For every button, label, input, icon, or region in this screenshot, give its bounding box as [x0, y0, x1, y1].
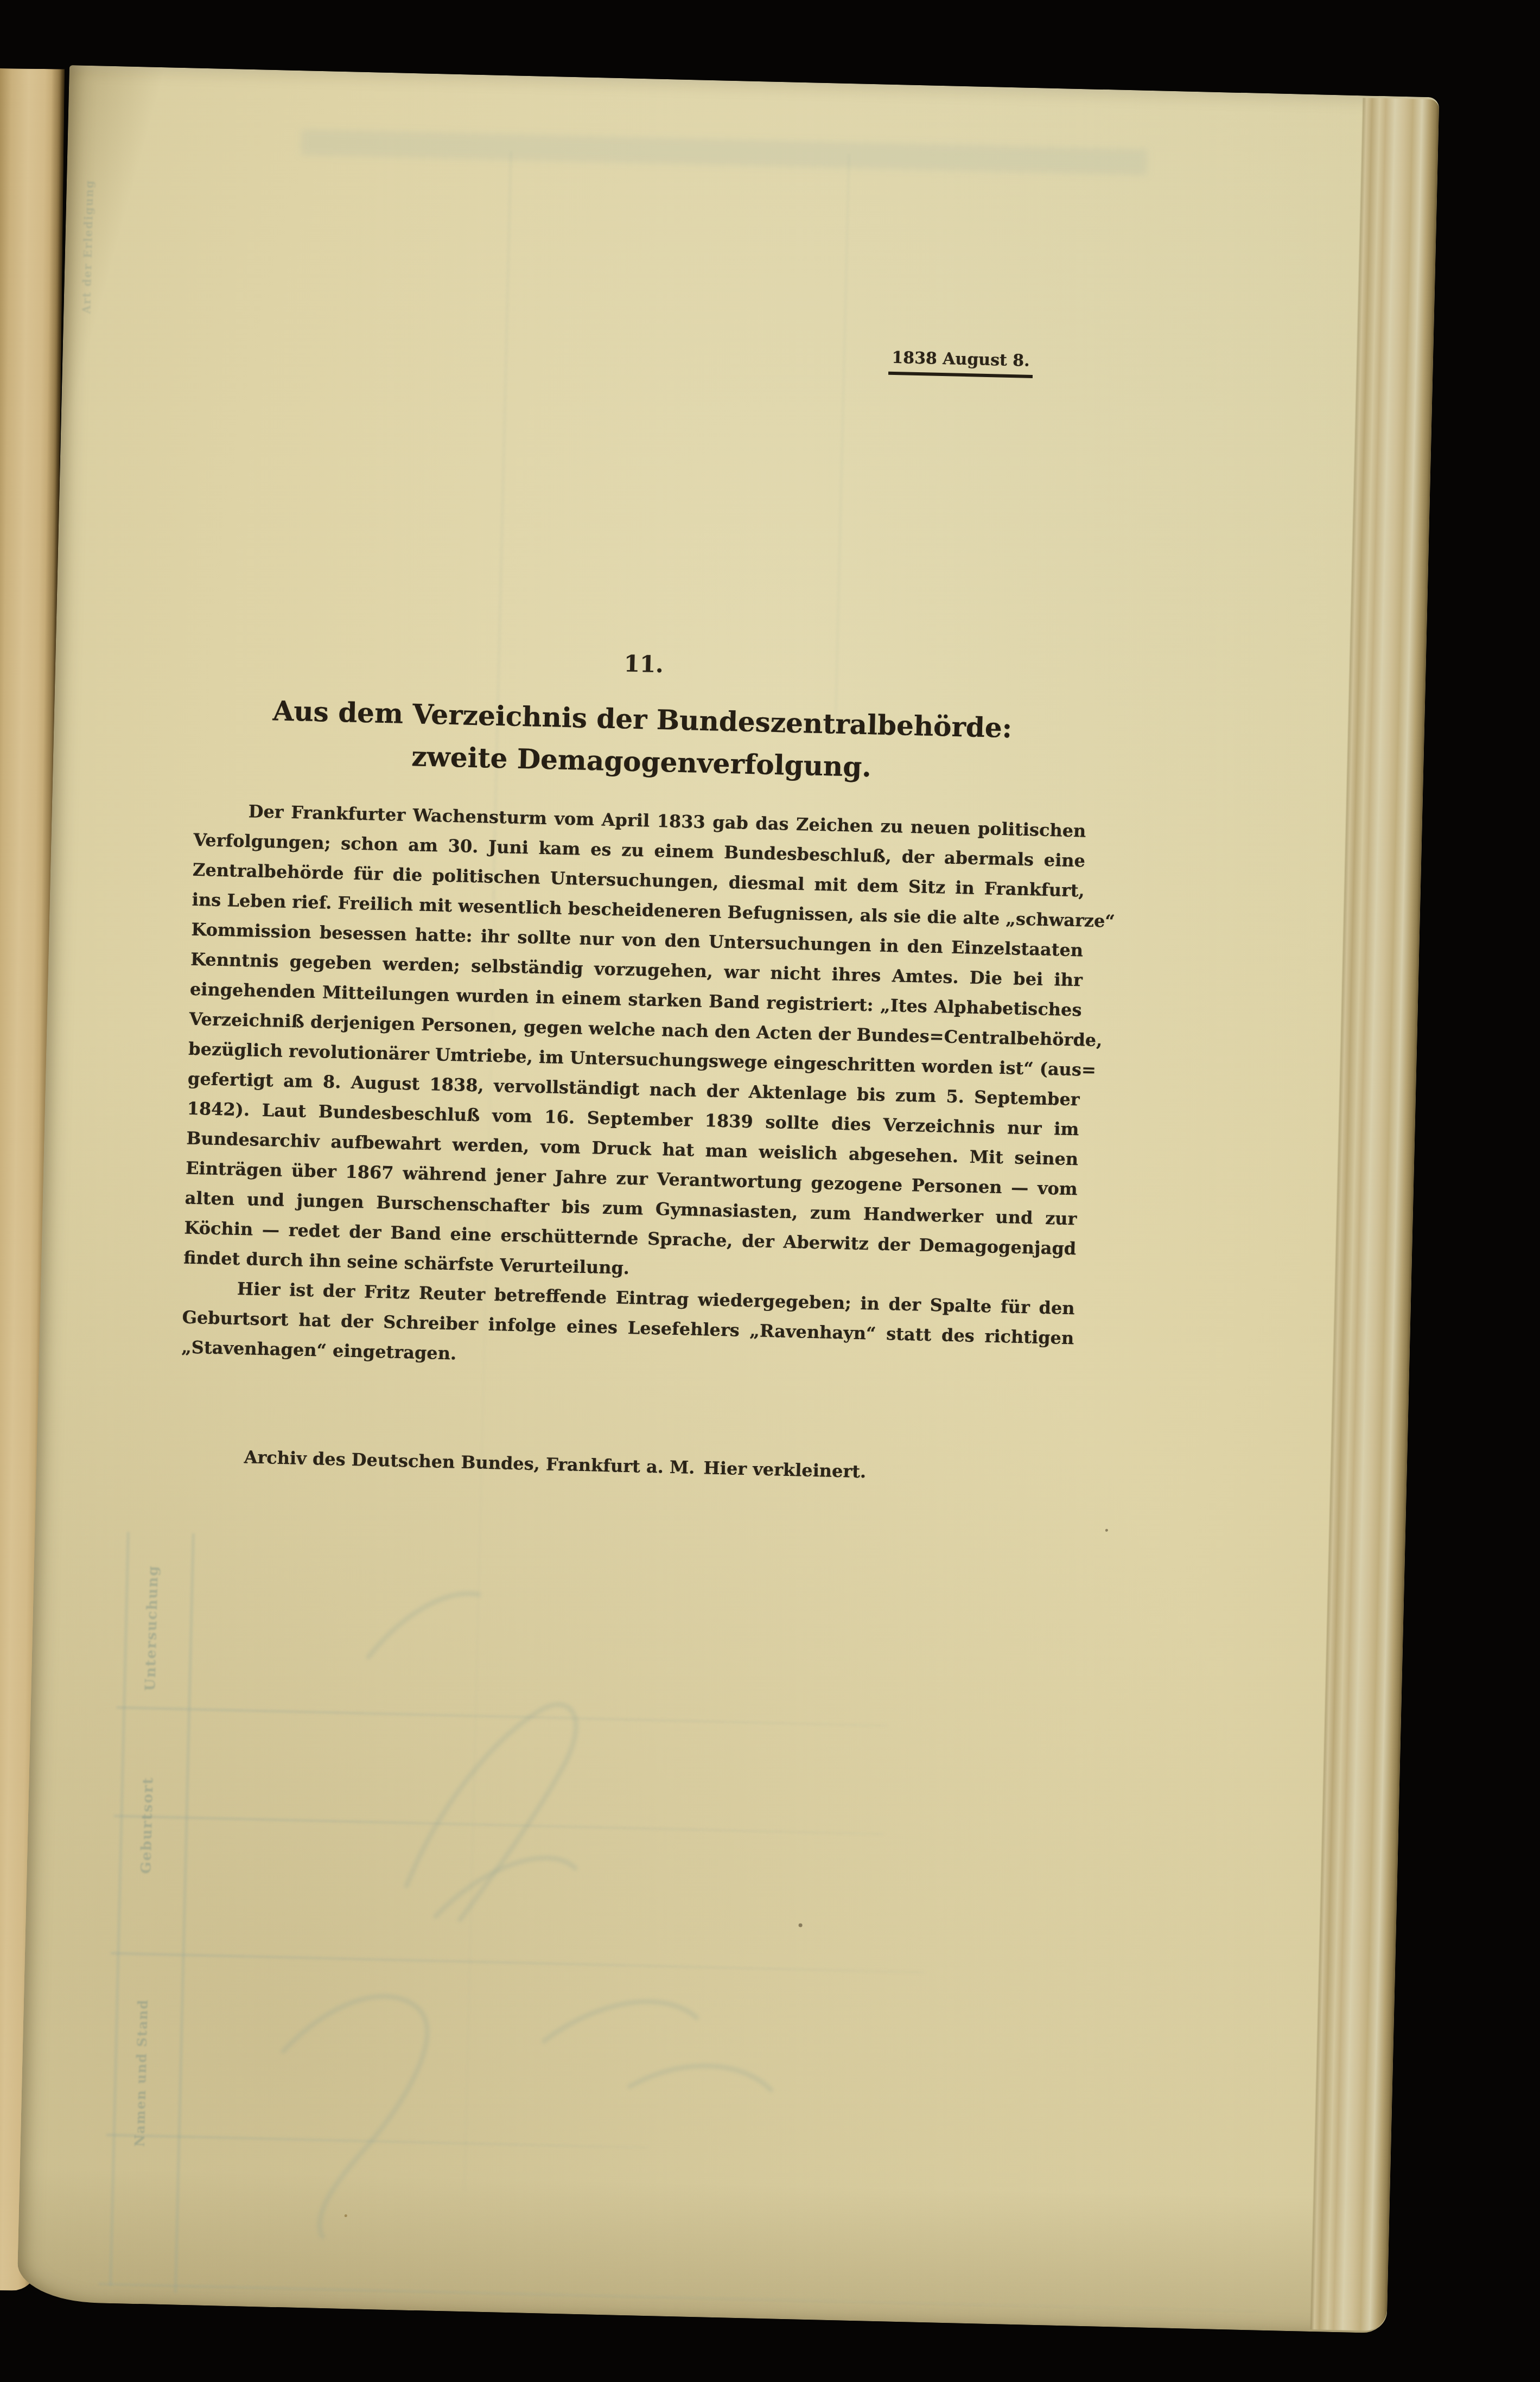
- ghost-column-label: Untersuchung: [142, 1565, 161, 1691]
- book-page: Untersuchung Geburtsort Namen und Stand …: [17, 65, 1439, 2333]
- source-note: Archiv des Deutschen Bundes, Frankfurt a…: [244, 1447, 866, 1482]
- header-date: 1838 August 8.: [888, 348, 1033, 378]
- ghost-column-label: Art der Erledigung: [80, 180, 96, 314]
- scanned-book-photo: Untersuchung Geburtsort Namen und Stand …: [0, 0, 1540, 2382]
- section-title: Aus dem Verzeichnis der Bundeszentralbeh…: [195, 688, 1089, 794]
- ghost-column-label: Geburtsort: [138, 1776, 157, 1874]
- ghost-table-line: [110, 1532, 130, 2286]
- paper-speck: [1105, 1529, 1108, 1532]
- running-head-date-row: 1838 August 8.: [205, 332, 1097, 380]
- ghost-column-label: Namen und Stand: [132, 1999, 151, 2147]
- paragraph-1: Der Frankfurter Wachensturm vom April 18…: [183, 795, 1086, 1294]
- stacked-page-edges: [1309, 98, 1439, 2331]
- body-text: Der Frankfurter Wachensturm vom April 18…: [181, 795, 1086, 1383]
- text-block: 1838 August 8. 11. Aus dem Verzeichnis d…: [159, 68, 1104, 2326]
- section-number: 11.: [198, 640, 1090, 688]
